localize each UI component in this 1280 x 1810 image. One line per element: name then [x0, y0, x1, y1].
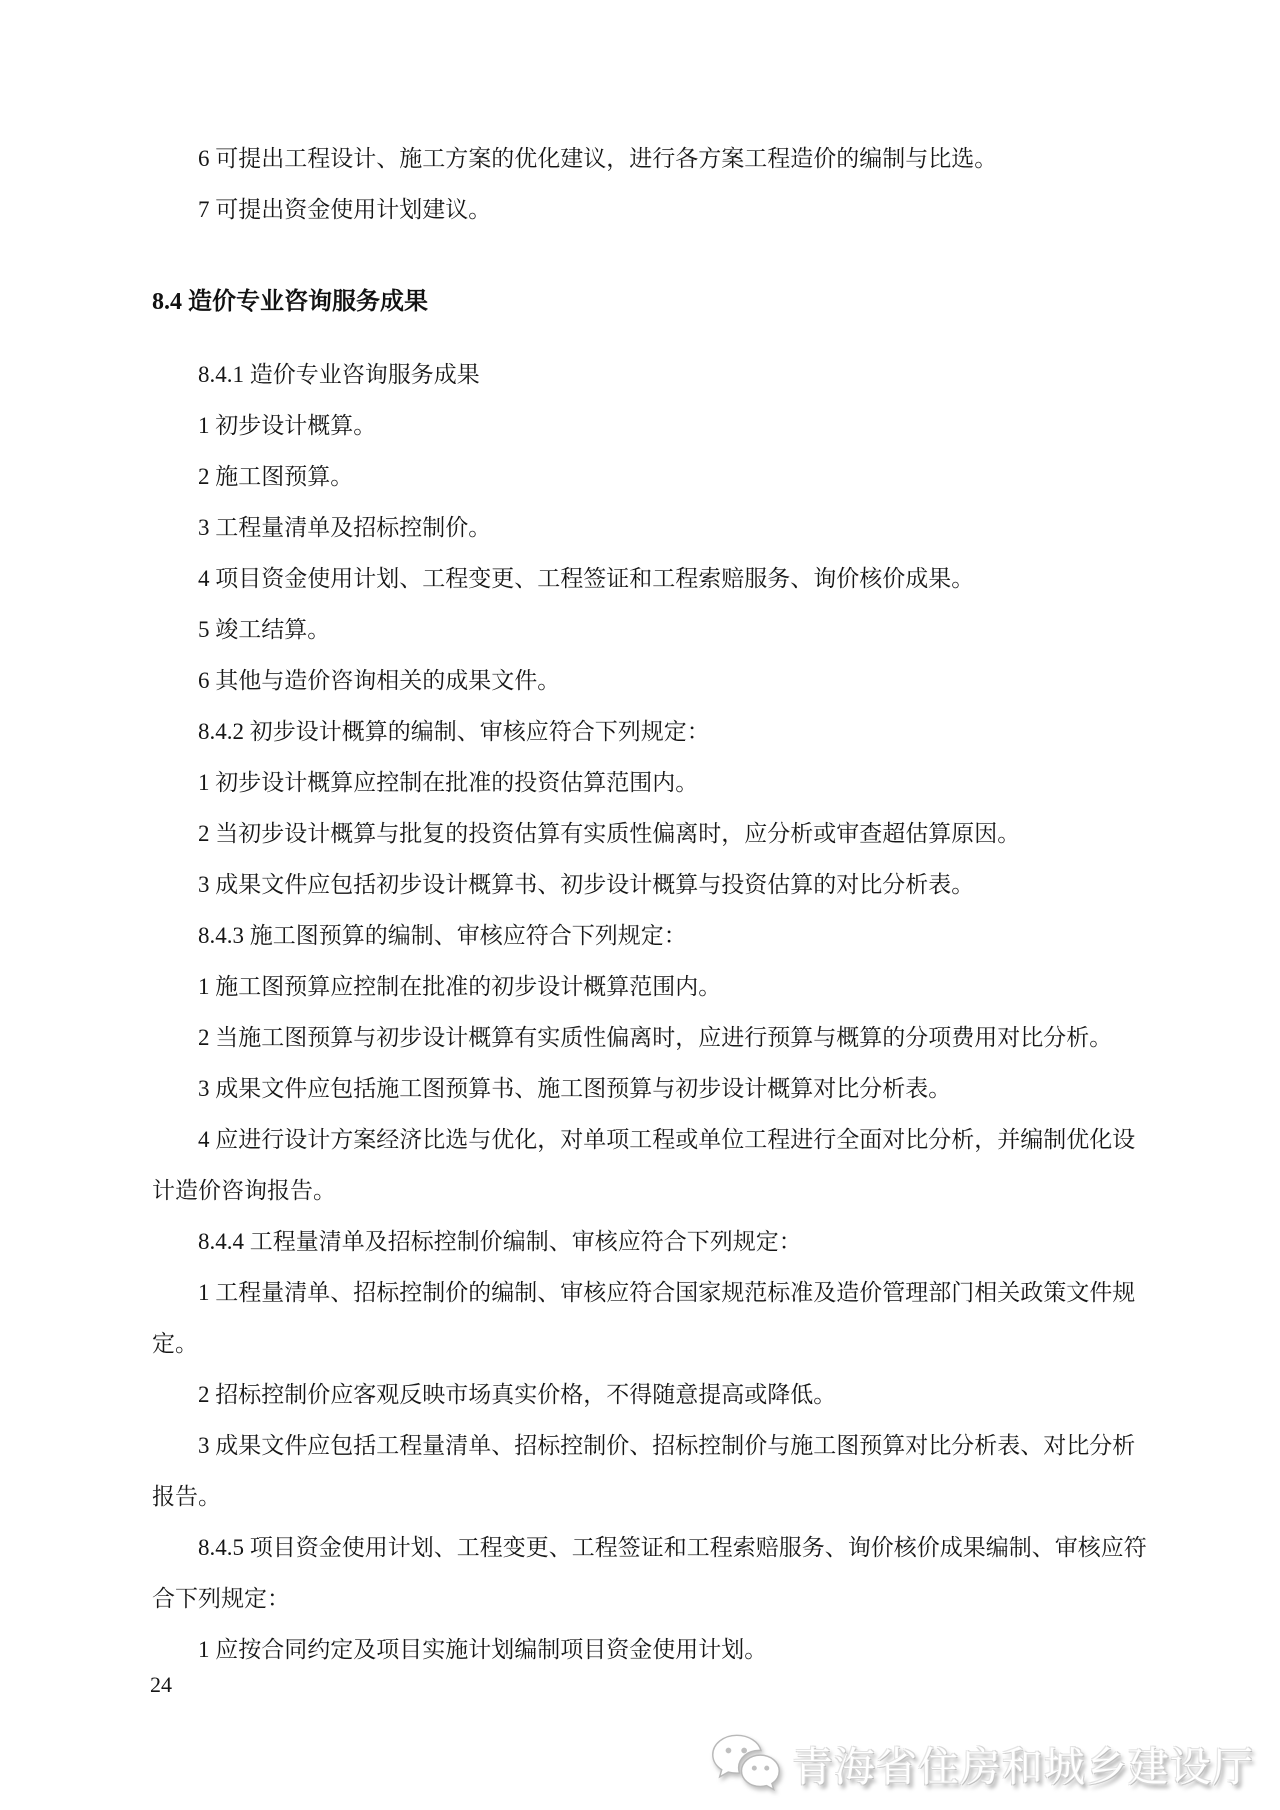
- paragraph: 3 成果文件应包括工程量清单、招标控制价、招标控制价与施工图预算对比分析表、对比…: [152, 1420, 1147, 1522]
- wechat-icon: [710, 1732, 782, 1794]
- paragraph: 5 竣工结算。: [152, 604, 1147, 655]
- paragraph: 3 工程量清单及招标控制价。: [152, 502, 1147, 553]
- page-number: 24: [150, 1670, 172, 1700]
- paragraph: 2 施工图预算。: [152, 451, 1147, 502]
- paragraph: 8.4.1 造价专业咨询服务成果: [152, 349, 1147, 400]
- paragraph: 2 招标控制价应客观反映市场真实价格，不得随意提高或降低。: [152, 1369, 1147, 1420]
- paragraph: 8.4.2 初步设计概算的编制、审核应符合下列规定：: [152, 706, 1147, 757]
- paragraph: 7 可提出资金使用计划建议。: [152, 184, 1147, 235]
- paragraph: 1 初步设计概算应控制在批准的投资估算范围内。: [152, 757, 1147, 808]
- paragraph: 8.4.5 项目资金使用计划、工程变更、工程签证和工程索赔服务、询价核价成果编制…: [152, 1522, 1147, 1624]
- paragraph: 4 项目资金使用计划、工程变更、工程签证和工程索赔服务、询价核价成果。: [152, 553, 1147, 604]
- paragraph: 1 初步设计概算。: [152, 400, 1147, 451]
- paragraph: 6 可提出工程设计、施工方案的优化建议，进行各方案工程造价的编制与比选。: [152, 133, 1147, 184]
- paragraph: 6 其他与造价咨询相关的成果文件。: [152, 655, 1147, 706]
- paragraph: 1 应按合同约定及项目实施计划编制项目资金使用计划。: [152, 1624, 1147, 1675]
- paragraph: 8.4.3 施工图预算的编制、审核应符合下列规定：: [152, 910, 1147, 961]
- document-page: 6 可提出工程设计、施工方案的优化建议，进行各方案工程造价的编制与比选。 7 可…: [0, 0, 1280, 1810]
- paragraph: 1 工程量清单、招标控制价的编制、审核应符合国家规范标准及造价管理部门相关政策文…: [152, 1267, 1147, 1369]
- paragraph: 3 成果文件应包括初步设计概算书、初步设计概算与投资估算的对比分析表。: [152, 859, 1147, 910]
- paragraph: 2 当初步设计概算与批复的投资估算有实质性偏离时，应分析或审查超估算原因。: [152, 808, 1147, 859]
- paragraph: 2 当施工图预算与初步设计概算有实质性偏离时，应进行预算与概算的分项费用对比分析…: [152, 1012, 1147, 1063]
- footer-watermark: 青海省住房和城乡建设厅: [710, 1732, 1254, 1794]
- paragraph: 3 成果文件应包括施工图预算书、施工图预算与初步设计概算对比分析表。: [152, 1063, 1147, 1114]
- paragraph: 1 施工图预算应控制在批准的初步设计概算范围内。: [152, 961, 1147, 1012]
- section-heading: 8.4 造价专业咨询服务成果: [152, 277, 1147, 328]
- paragraph: 8.4.4 工程量清单及招标控制价编制、审核应符合下列规定：: [152, 1216, 1147, 1267]
- footer-org-name: 青海省住房和城乡建设厅: [792, 1734, 1254, 1793]
- paragraph: 4 应进行设计方案经济比选与优化，对单项工程或单位工程进行全面对比分析，并编制优…: [152, 1114, 1147, 1216]
- document-body: 6 可提出工程设计、施工方案的优化建议，进行各方案工程造价的编制与比选。 7 可…: [152, 133, 1147, 1675]
